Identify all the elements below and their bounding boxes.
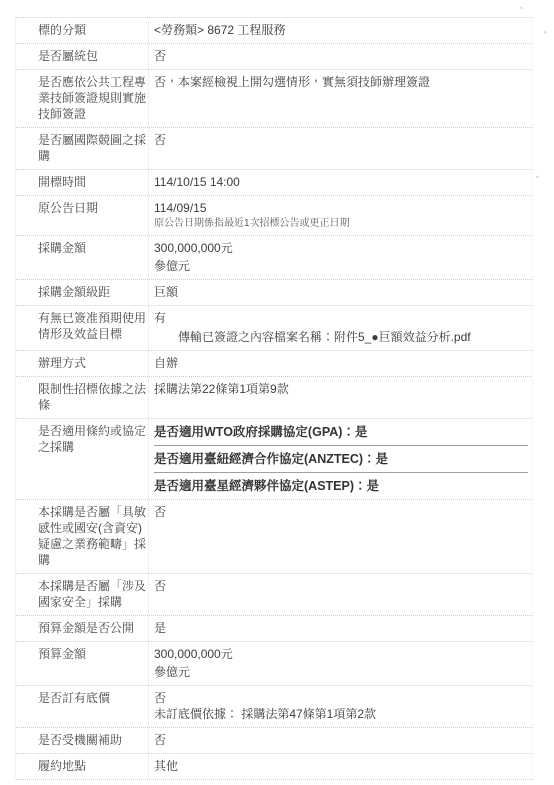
field-value: 114/10/15 14:00 — [148, 170, 532, 195]
field-value: 否 — [148, 128, 532, 169]
field-label: 原公告日期 — [16, 196, 148, 235]
field-value: 否 — [148, 728, 532, 753]
scan-artifact — [520, 6, 524, 9]
field-label: 開標時間 — [16, 170, 148, 195]
row-engineer-certification: 是否應依公共工程專業技師簽證規則實施技師簽證 否，本案經檢視上開勾選情形，實無須… — [16, 69, 532, 127]
field-value: 其他 — [148, 754, 532, 779]
field-label: 預算金額是否公開 — [16, 616, 148, 641]
field-value: 是否適用WTO政府採購協定(GPA)：是 是否適用臺紐經濟合作協定(ANZTEC… — [148, 419, 532, 499]
procurement-detail-table: 標的分類 <勞務類> 8672 工程服務 是否屬統包 否 是否應依公共工程專業技… — [15, 17, 531, 780]
row-expected-benefit: 有無已簽准預期使用情形及效益目標 有 傳輸已簽證之內容檔案名稱：附件5_●巨額效… — [16, 305, 532, 350]
scan-artifact — [544, 31, 546, 34]
amount-chinese: 參億元 — [154, 258, 524, 274]
row-turnkey: 是否屬統包 否 — [16, 43, 532, 69]
row-floor-price: 是否訂有底價 否 未訂底價依據： 採購法第47條第1項第2款 — [16, 685, 532, 727]
field-label: 履約地點 — [16, 754, 148, 779]
field-label: 是否屬國際競圖之採購 — [16, 128, 148, 169]
row-international-competition: 是否屬國際競圖之採購 否 — [16, 127, 532, 169]
info-table: 標的分類 <勞務類> 8672 工程服務 是否屬統包 否 是否應依公共工程專業技… — [15, 17, 533, 780]
row-budget-public: 預算金額是否公開 是 — [16, 615, 532, 641]
field-label: 有無已簽准預期使用情形及效益目標 — [16, 306, 148, 350]
field-label: 限制性招標依據之法條 — [16, 377, 148, 418]
field-label: 是否屬統包 — [16, 44, 148, 69]
field-label: 是否受機關補助 — [16, 728, 148, 753]
field-label: 採購金額級距 — [16, 280, 148, 305]
row-amount-tier: 採購金額級距 巨額 — [16, 279, 532, 305]
announcement-date: 114/09/15 — [154, 200, 524, 216]
row-sensitive-security: 本採購是否屬「具敏感性或國安(含資安)疑慮之業務範疇」採購 否 — [16, 499, 532, 573]
field-value: 否 未訂底價依據： 採購法第47條第1項第2款 — [148, 686, 532, 727]
field-label: 是否適用條約或協定之採購 — [16, 419, 148, 499]
field-label: 是否訂有底價 — [16, 686, 148, 727]
row-bid-opening-time: 開標時間 114/10/15 14:00 — [16, 169, 532, 195]
floor-price-flag: 否 — [154, 690, 524, 706]
row-handling-method: 辦理方式 自辦 — [16, 350, 532, 376]
field-value: 否 — [148, 574, 532, 615]
field-value: 巨額 — [148, 280, 532, 305]
amount-numeric: 300,000,000元 — [154, 240, 524, 256]
floor-price-basis: 未訂底價依據： 採購法第47條第1項第2款 — [154, 706, 524, 722]
field-value: 是 — [148, 616, 532, 641]
benefit-attachment-name: 傳輸已簽證之內容檔案名稱：附件5_●巨額效益分析.pdf — [154, 329, 524, 345]
row-restricted-tendering-legal-basis: 限制性招標依據之法條 採購法第22條第1項第9款 — [16, 376, 532, 418]
row-budget-amount: 預算金額 300,000,000元 參億元 — [16, 641, 532, 685]
budget-chinese: 參億元 — [154, 664, 524, 680]
field-value: 否 — [148, 44, 532, 69]
field-value: 採購法第22條第1項第9款 — [148, 377, 532, 418]
field-value: 否 — [148, 500, 532, 573]
field-label: 是否應依公共工程專業技師簽證規則實施技師簽證 — [16, 70, 148, 127]
field-value: 300,000,000元 參億元 — [148, 236, 532, 279]
field-label: 標的分類 — [16, 18, 148, 43]
field-value: 114/09/15 原公告日期係指最近1次招標公告或更正日期 — [148, 196, 532, 235]
field-value: 自辦 — [148, 351, 532, 376]
row-treaty-applicability: 是否適用條約或協定之採購 是否適用WTO政府採購協定(GPA)：是 是否適用臺紐… — [16, 418, 532, 499]
field-value: 300,000,000元 參億元 — [148, 642, 532, 685]
field-label: 採購金額 — [16, 236, 148, 279]
field-label: 本採購是否屬「具敏感性或國安(含資安)疑慮之業務範疇」採購 — [16, 500, 148, 573]
row-national-security: 本採購是否屬「涉及國家安全」採購 否 — [16, 573, 532, 615]
field-value: 否，本案經檢視上開勾選情形，實無須技師辦理簽證 — [148, 70, 532, 127]
benefit-flag: 有 — [154, 310, 524, 326]
field-value: <勞務類> 8672 工程服務 — [148, 18, 532, 43]
announcement-date-note: 原公告日期係指最近1次招標公告或更正日期 — [154, 217, 524, 230]
row-original-announcement-date: 原公告日期 114/09/15 原公告日期係指最近1次招標公告或更正日期 — [16, 195, 532, 235]
row-procurement-amount: 採購金額 300,000,000元 參億元 — [16, 235, 532, 279]
treaty-anztec: 是否適用臺紐經濟合作協定(ANZTEC)：是 — [154, 445, 528, 472]
field-label: 本採購是否屬「涉及國家安全」採購 — [16, 574, 148, 615]
scan-artifact — [536, 176, 540, 179]
treaty-gpa: 是否適用WTO政府採購協定(GPA)：是 — [154, 419, 528, 445]
row-subject-category: 標的分類 <勞務類> 8672 工程服務 — [16, 17, 532, 43]
row-agency-subsidy: 是否受機關補助 否 — [16, 727, 532, 753]
treaty-astep: 是否適用臺星經濟夥伴協定(ASTEP)：是 — [154, 472, 528, 499]
budget-numeric: 300,000,000元 — [154, 646, 524, 662]
field-label: 預算金額 — [16, 642, 148, 685]
field-value: 有 傳輸已簽證之內容檔案名稱：附件5_●巨額效益分析.pdf — [148, 306, 532, 350]
field-label: 辦理方式 — [16, 351, 148, 376]
row-performance-location: 履約地點 其他 — [16, 753, 532, 780]
